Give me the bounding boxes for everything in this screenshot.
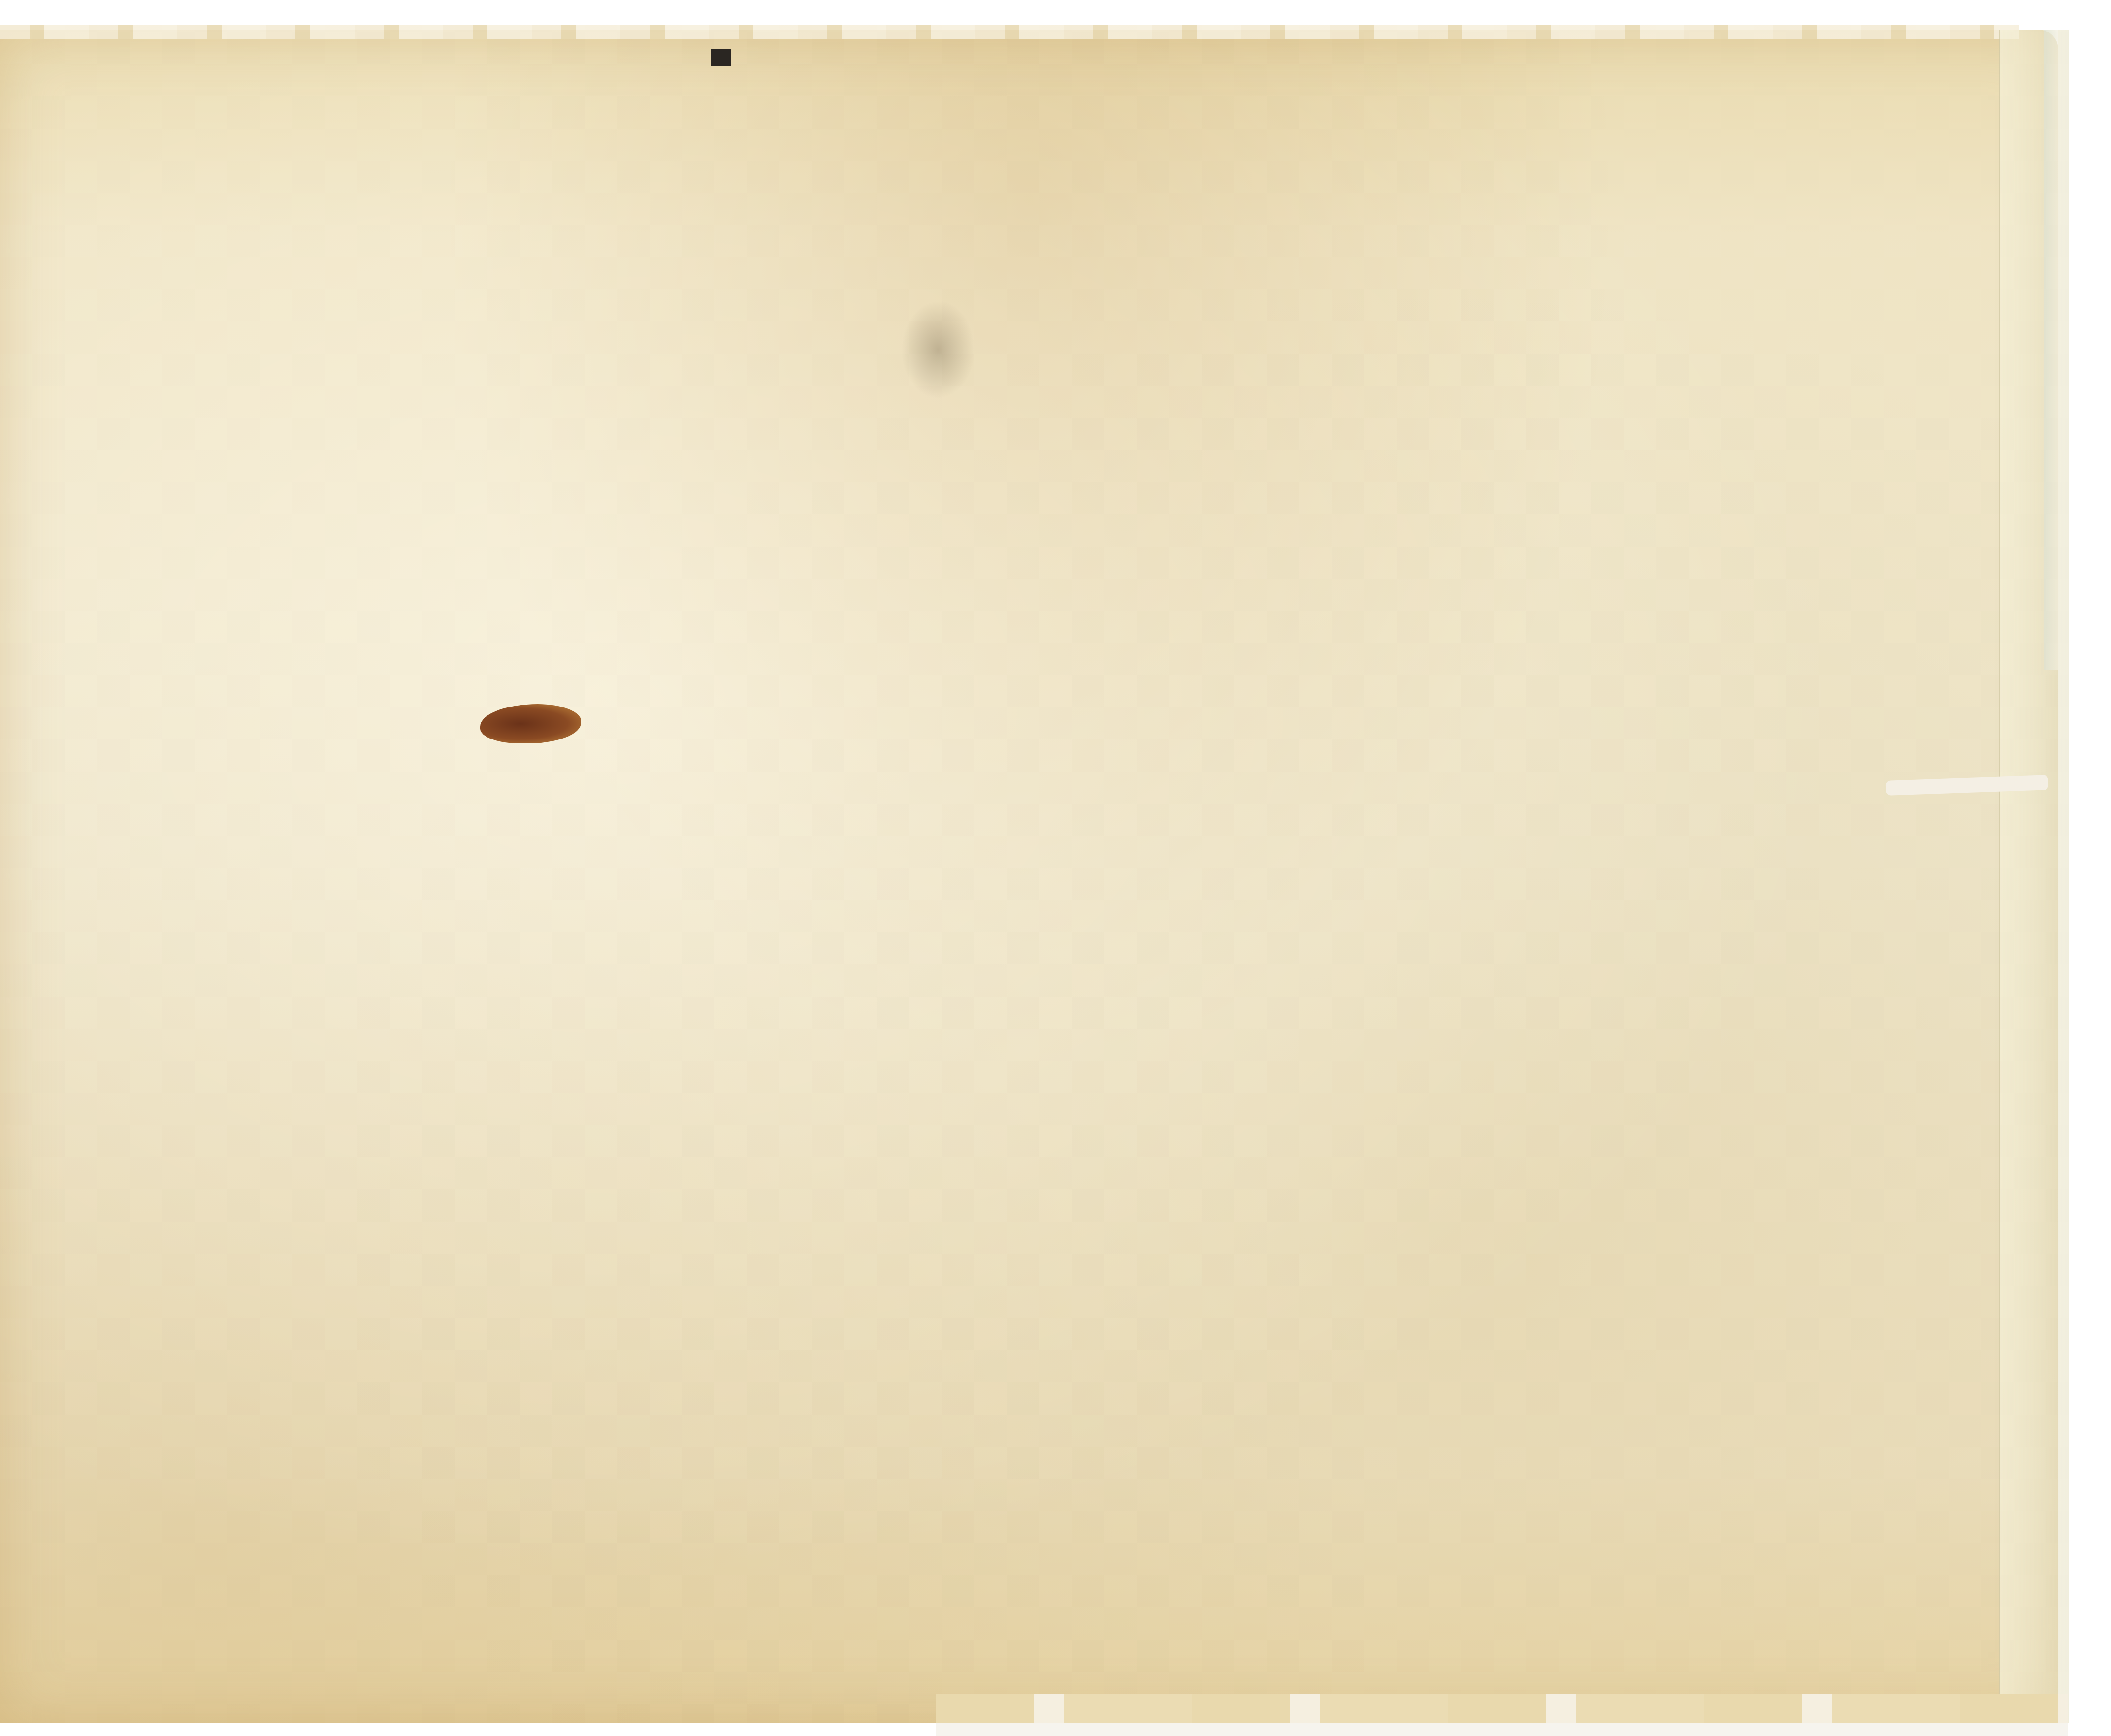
underlying-page-strip bbox=[936, 1723, 2068, 1736]
top-torn-edge bbox=[0, 25, 2019, 39]
tape-edge bbox=[2044, 30, 2058, 670]
paper-page bbox=[0, 30, 2058, 1723]
black-mark bbox=[711, 49, 731, 66]
ink-smudge bbox=[901, 300, 975, 399]
tape-strip bbox=[1999, 30, 2069, 1723]
